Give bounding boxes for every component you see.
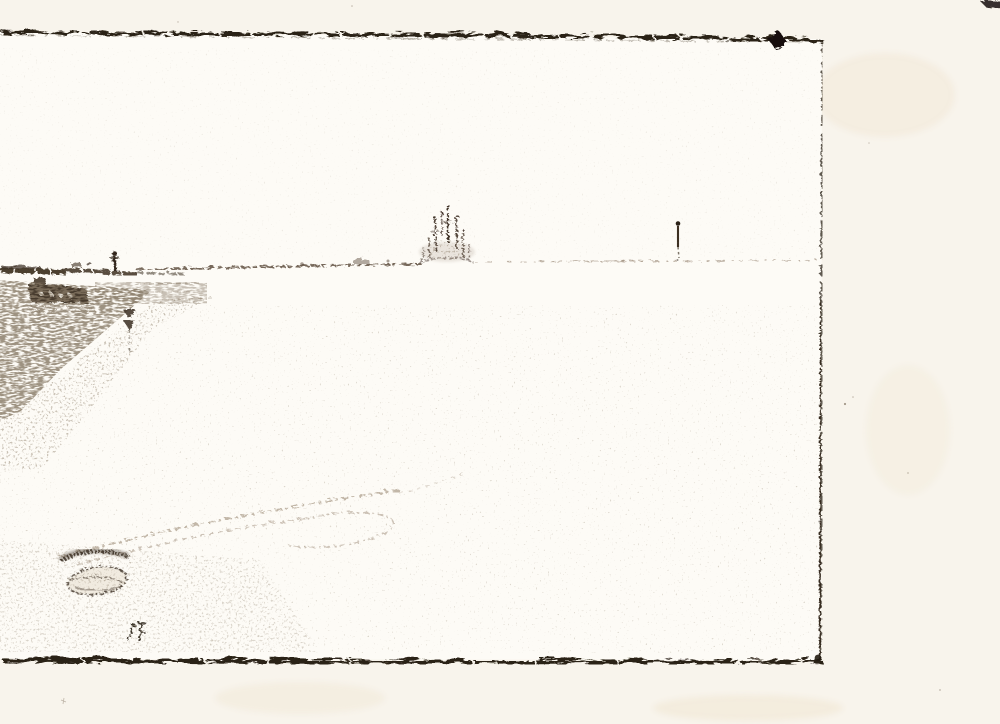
- scanned-photo-sheet: [0, 0, 1000, 724]
- print-grain: [0, 48, 818, 653]
